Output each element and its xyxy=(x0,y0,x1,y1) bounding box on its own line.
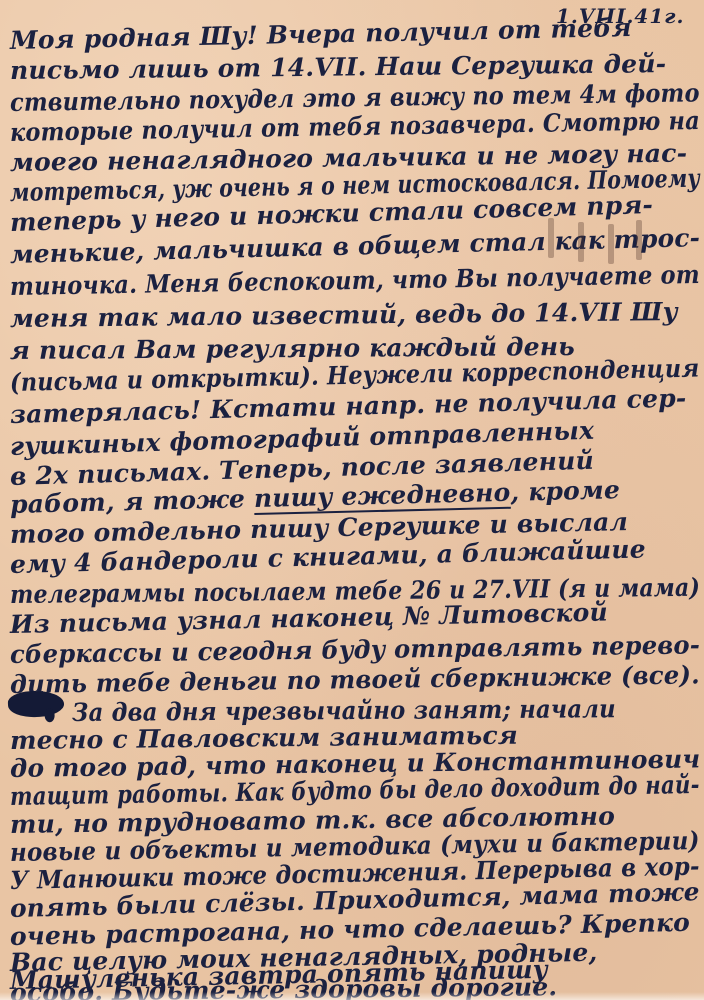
letter-page: 1.VIII.41г. Моя родная Шу! Вчера получил… xyxy=(0,0,704,1000)
stamp-mark xyxy=(608,224,614,264)
letter-line: меня так мало известий, ведь до 14.VII Ш… xyxy=(10,297,700,334)
stamp-mark xyxy=(548,218,554,258)
underlined-phrase: пишу ежедневно xyxy=(254,478,511,513)
stamp-mark xyxy=(578,222,584,262)
ink-blot xyxy=(7,690,64,719)
stamp-mark xyxy=(636,220,642,260)
